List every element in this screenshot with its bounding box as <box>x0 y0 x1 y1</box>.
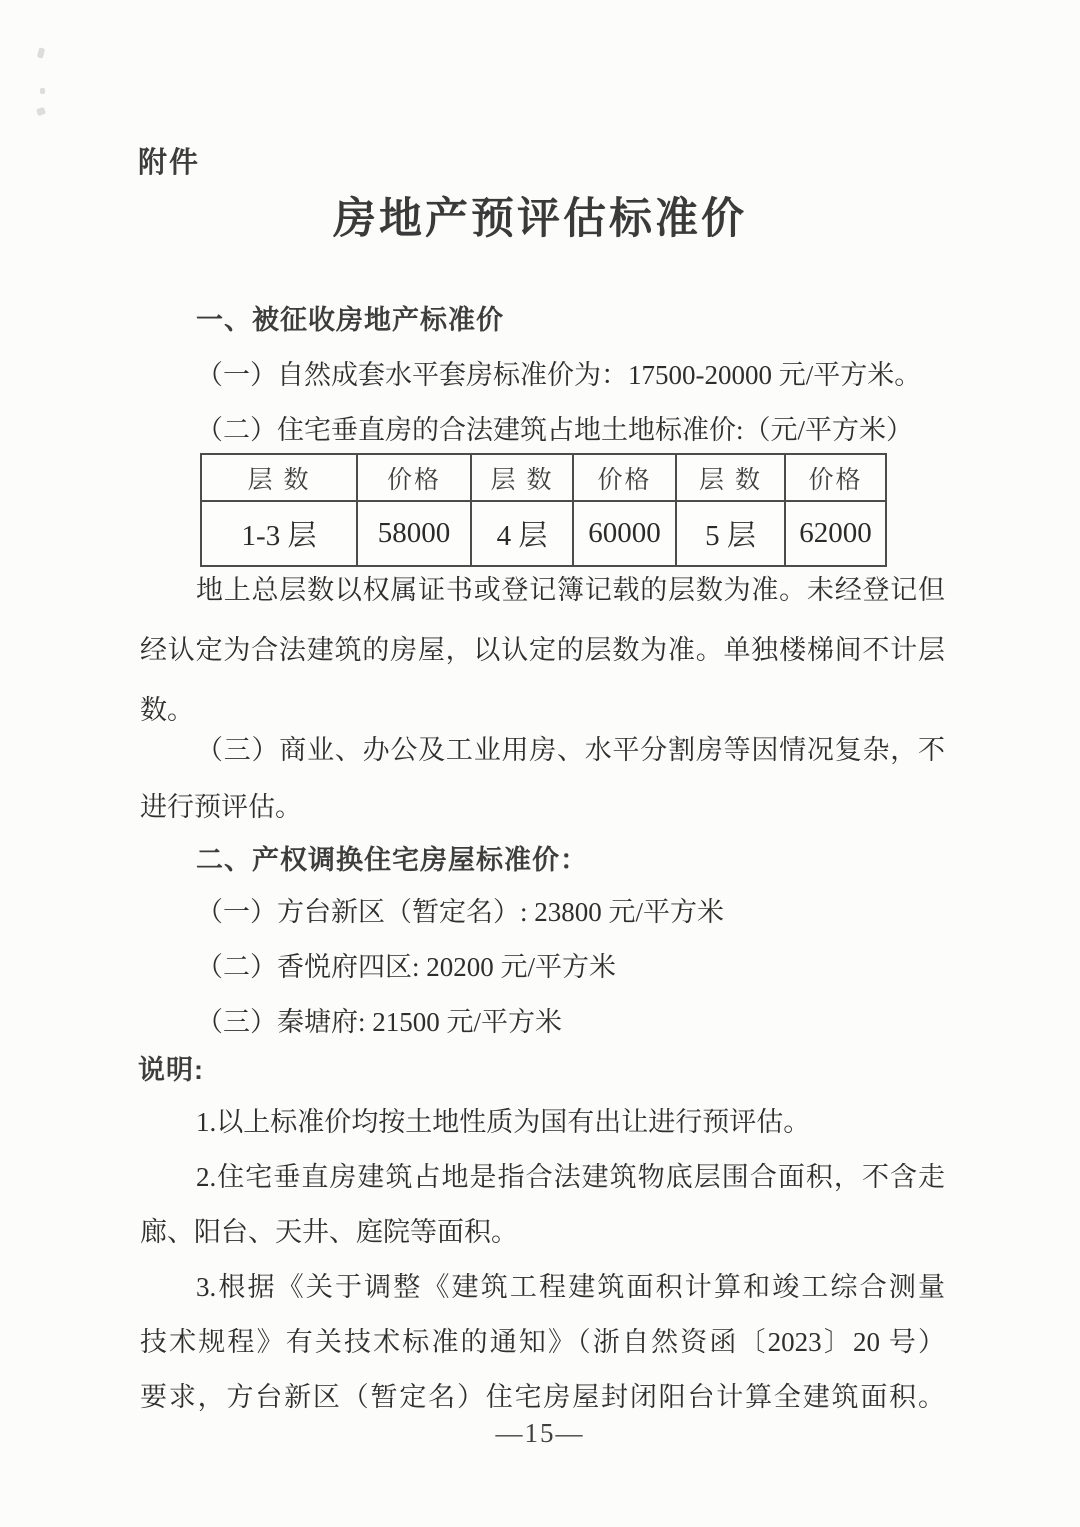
section1-item3-line: 进行预评估。 <box>140 787 945 827</box>
scan-artifact <box>40 88 45 94</box>
table-data-cell: 1-3 层 <box>201 501 357 566</box>
page-number: —15— <box>0 1418 1080 1449</box>
section2-item: （三）秦塘府: 21500 元/平方米 <box>196 1002 1001 1042</box>
table-header-cell: 层 数 <box>201 454 357 501</box>
table-header-cell: 层 数 <box>676 454 785 501</box>
note3-line: 3.根据《关于调整《建筑工程建筑面积计算和竣工综合测量 <box>140 1267 945 1307</box>
attachment-label: 附件 <box>138 140 200 181</box>
table-data-row: 1-3 层 58000 4 层 60000 5 层 62000 <box>201 501 886 566</box>
table-data-cell: 60000 <box>573 501 676 566</box>
table-header-cell: 价格 <box>357 454 471 501</box>
note3-line: 要求，方台新区（暂定名）住宅房屋封闭阳台计算全建筑面积。 <box>140 1377 945 1417</box>
table-header-cell: 价格 <box>573 454 676 501</box>
document-page: 附件 房地产预评估标准价 一、被征收房地产标准价 （一）自然成套水平套房标准价为… <box>0 0 1080 1527</box>
table-data-cell: 62000 <box>785 501 886 566</box>
section1-heading: 一、被征收房地产标准价 <box>196 300 1001 340</box>
section2-heading: 二、产权调换住宅房屋标准价： <box>196 840 1001 880</box>
table-data-cell: 4 层 <box>471 501 573 566</box>
section2-item: （二）香悦府四区: 20200 元/平方米 <box>196 947 1001 987</box>
scan-artifact <box>37 47 45 58</box>
note2-line: 2.住宅垂直房建筑占地是指合法建筑物底层围合面积，不含走 <box>140 1157 945 1197</box>
scan-artifact <box>36 107 46 116</box>
section2-item: （一）方台新区（暂定名）: 23800 元/平方米 <box>196 892 1001 932</box>
table-data-cell: 58000 <box>357 501 471 566</box>
note3-line: 技术规程》有关技术标准的通知》（浙自然资函〔2023〕20 号） <box>140 1322 945 1362</box>
note1-line: 1.以上标准价均按土地性质为国有出让进行预评估。 <box>140 1102 945 1142</box>
floor-count-note-line: 经认定为合法建筑的房屋，以认定的层数为准。单独楼梯间不计层 <box>140 630 945 670</box>
table-header-cell: 层 数 <box>471 454 573 501</box>
note2-line: 廊、阳台、天井、庭院等面积。 <box>140 1212 945 1252</box>
section1-item1: （一）自然成套水平套房标准价为：17500-20000 元/平方米。 <box>196 355 1001 395</box>
floor-count-note-line: 地上总层数以权属证书或登记簿记载的层数为准。未经登记但 <box>140 570 945 610</box>
section1-item3-line: （三）商业、办公及工业用房、水平分割房等因情况复杂，不 <box>140 730 945 770</box>
table-data-cell: 5 层 <box>676 501 785 566</box>
page-title: 房地产预评估标准价 <box>0 185 1080 246</box>
floor-count-note-line: 数。 <box>140 690 945 730</box>
section1-item2: （二）住宅垂直房的合法建筑占地土地标准价:（元/平方米） <box>196 410 1001 450</box>
table-header-cell: 价格 <box>785 454 886 501</box>
notes-heading: 说明: <box>138 1050 943 1090</box>
floor-price-table: 层 数 价格 层 数 价格 层 数 价格 1-3 层 58000 4 层 600… <box>200 453 887 567</box>
table-header-row: 层 数 价格 层 数 价格 层 数 价格 <box>201 454 886 501</box>
